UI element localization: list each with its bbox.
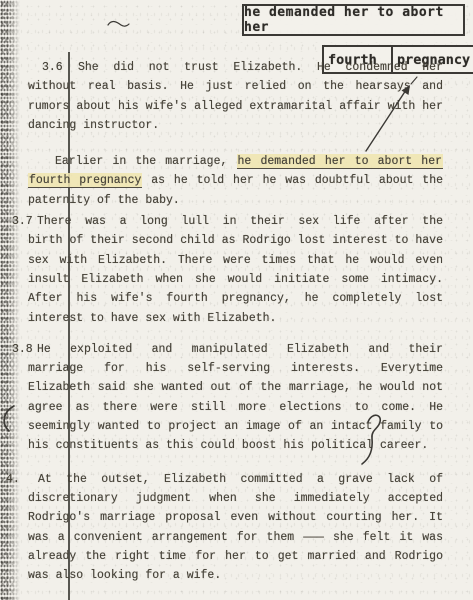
paragraph-number: 3.7 bbox=[12, 212, 33, 231]
document-line: There was a long lull in their sex life … bbox=[28, 212, 443, 231]
document-line: without real basis. He just relied on th… bbox=[28, 77, 443, 96]
document-line: Elizabeth said she wanted out of the mar… bbox=[28, 378, 443, 397]
paragraph-3-7: 3.7 There was a long lull in their sex l… bbox=[28, 212, 443, 328]
paragraph-earlier: Earlier in the marriage, he demanded her… bbox=[28, 152, 443, 210]
highlighted-text-fourth-pregnancy: fourth pregnancy bbox=[28, 173, 142, 188]
document-line: She did not trust Elizabeth. He condemne… bbox=[28, 58, 443, 77]
paragraph-4: 4. At the outset, Elizabeth committed a … bbox=[28, 470, 443, 586]
paragraph-number: 3.8 bbox=[12, 340, 33, 359]
document-line: insult Elizabeth when she would initiate… bbox=[28, 270, 443, 289]
document-line: Rodrigo's marriage proposal even without… bbox=[28, 508, 443, 527]
paragraph-3-8: 3.8 He exploited and manipulated Elizabe… bbox=[28, 340, 443, 456]
document-line: was also looking for a wife. bbox=[28, 566, 443, 585]
document-line: agree as there were still more elections… bbox=[28, 398, 443, 417]
scan-noise-band bbox=[0, 0, 20, 600]
document-line: rumors about his wife's alleged extramar… bbox=[28, 97, 443, 116]
document-line: dancing instructor. bbox=[28, 116, 443, 135]
document-body: 3.6 She did not trust Elizabeth. He cond… bbox=[28, 58, 443, 585]
document-line: marriage for his self-serving interests.… bbox=[28, 359, 443, 378]
document-line: discretionary judgment when she immediat… bbox=[28, 489, 443, 508]
document-line: interest to have sex with Elizabeth. bbox=[28, 309, 443, 328]
paragraph-number: 3.6 bbox=[42, 58, 63, 77]
document-line: seemingly wanted to project an image of … bbox=[28, 417, 443, 436]
document-line: birth of their second child as Rodrigo l… bbox=[28, 231, 443, 250]
paragraph-number: 4. bbox=[6, 470, 20, 489]
document-line: Earlier in the marriage, he demanded her… bbox=[28, 152, 443, 171]
document-line: At the outset, Elizabeth committed a gra… bbox=[28, 470, 443, 489]
document-line: was a convenient arrangement for them ——… bbox=[28, 528, 443, 547]
line-text: as he told her he was doubtful about the bbox=[142, 174, 443, 187]
scanned-document-page: he demanded her to abort her fourth preg… bbox=[0, 0, 473, 600]
document-line: already the right time for her to get ma… bbox=[28, 547, 443, 566]
document-line: his constituents as this could boost his… bbox=[28, 436, 443, 455]
line-text: Earlier in the marriage, bbox=[55, 155, 237, 168]
document-line: fourth pregnancy as he told her he was d… bbox=[28, 171, 443, 190]
document-line: paternity of the baby. bbox=[28, 191, 443, 210]
document-line: After his wife's fourth pregnancy, he co… bbox=[28, 289, 443, 308]
document-line: He exploited and manipulated Elizabeth a… bbox=[28, 340, 443, 359]
callout-abort-text: he demanded her to abort her bbox=[244, 5, 463, 35]
callout-abort-box: he demanded her to abort her bbox=[242, 4, 465, 36]
paragraph-3-6: 3.6 She did not trust Elizabeth. He cond… bbox=[28, 58, 443, 135]
highlighted-text-abort: he demanded her to abort her bbox=[237, 154, 443, 169]
document-line: sex with Elizabeth. There were times tha… bbox=[28, 251, 443, 270]
annotation-squiggle bbox=[108, 22, 129, 27]
